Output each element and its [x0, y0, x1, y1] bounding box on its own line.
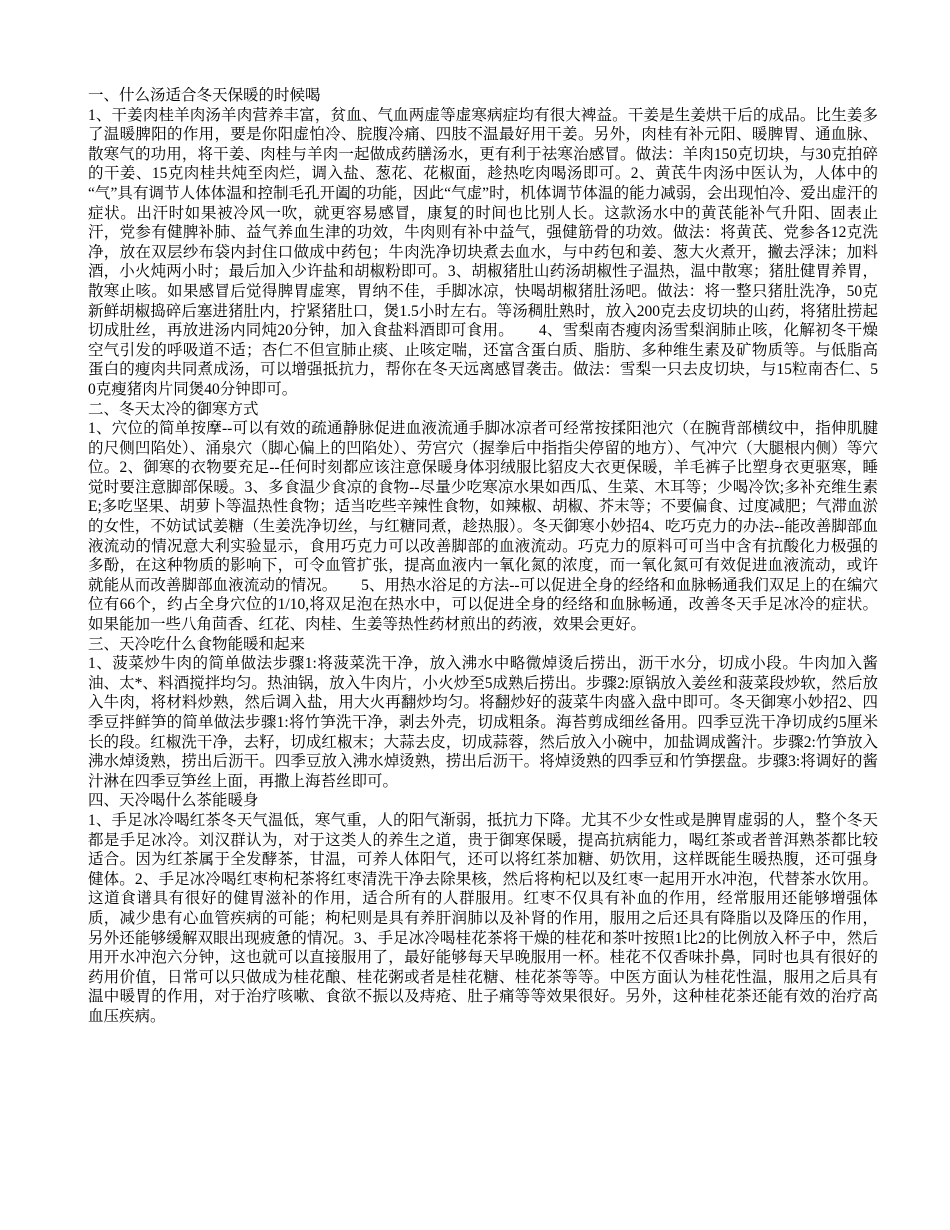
- section-title: 三、天冷吃什么食物能暖和起来: [88, 635, 878, 655]
- section-title: 一、什么汤适合冬天保暖的时候喝: [88, 86, 878, 106]
- document-page: 一、什么汤适合冬天保暖的时候喝 1、干姜肉桂羊肉汤羊肉营养丰富，贫血、气血两虚等…: [0, 0, 950, 1230]
- section-body: 1、穴位的简单按摩--可以有效的疏通静脉促进血液流通手脚冰凉者可经常按揉阳池穴（…: [88, 419, 878, 635]
- section-warming-foods: 三、天冷吃什么食物能暖和起来 1、菠菜炒牛肉的简单做法步骤1:将菠菜洗干净，放入…: [88, 635, 878, 792]
- section-cold-protection: 二、冬天太冷的御寒方式 1、穴位的简单按摩--可以有效的疏通静脉促进血液流通手脚…: [88, 400, 878, 635]
- section-winter-soups: 一、什么汤适合冬天保暖的时候喝 1、干姜肉桂羊肉汤羊肉营养丰富，贫血、气血两虚等…: [88, 86, 878, 400]
- section-body: 1、菠菜炒牛肉的简单做法步骤1:将菠菜洗干净，放入沸水中略微焯烫后捞出，沥干水分…: [88, 654, 878, 791]
- section-title: 二、冬天太冷的御寒方式: [88, 400, 878, 420]
- section-warming-teas: 四、天冷喝什么茶能暖身 1、手足冰冷喝红茶冬天气温低，寒气重，人的阳气渐弱，抵抗…: [88, 791, 878, 1026]
- section-title: 四、天冷喝什么茶能暖身: [88, 791, 878, 811]
- section-body: 1、手足冰冷喝红茶冬天气温低，寒气重，人的阳气渐弱，抵抗力下降。尤其不少女性或是…: [88, 811, 878, 1027]
- section-body: 1、干姜肉桂羊肉汤羊肉营养丰富，贫血、气血两虚等虚寒病症均有很大裨益。干姜是生姜…: [88, 106, 878, 400]
